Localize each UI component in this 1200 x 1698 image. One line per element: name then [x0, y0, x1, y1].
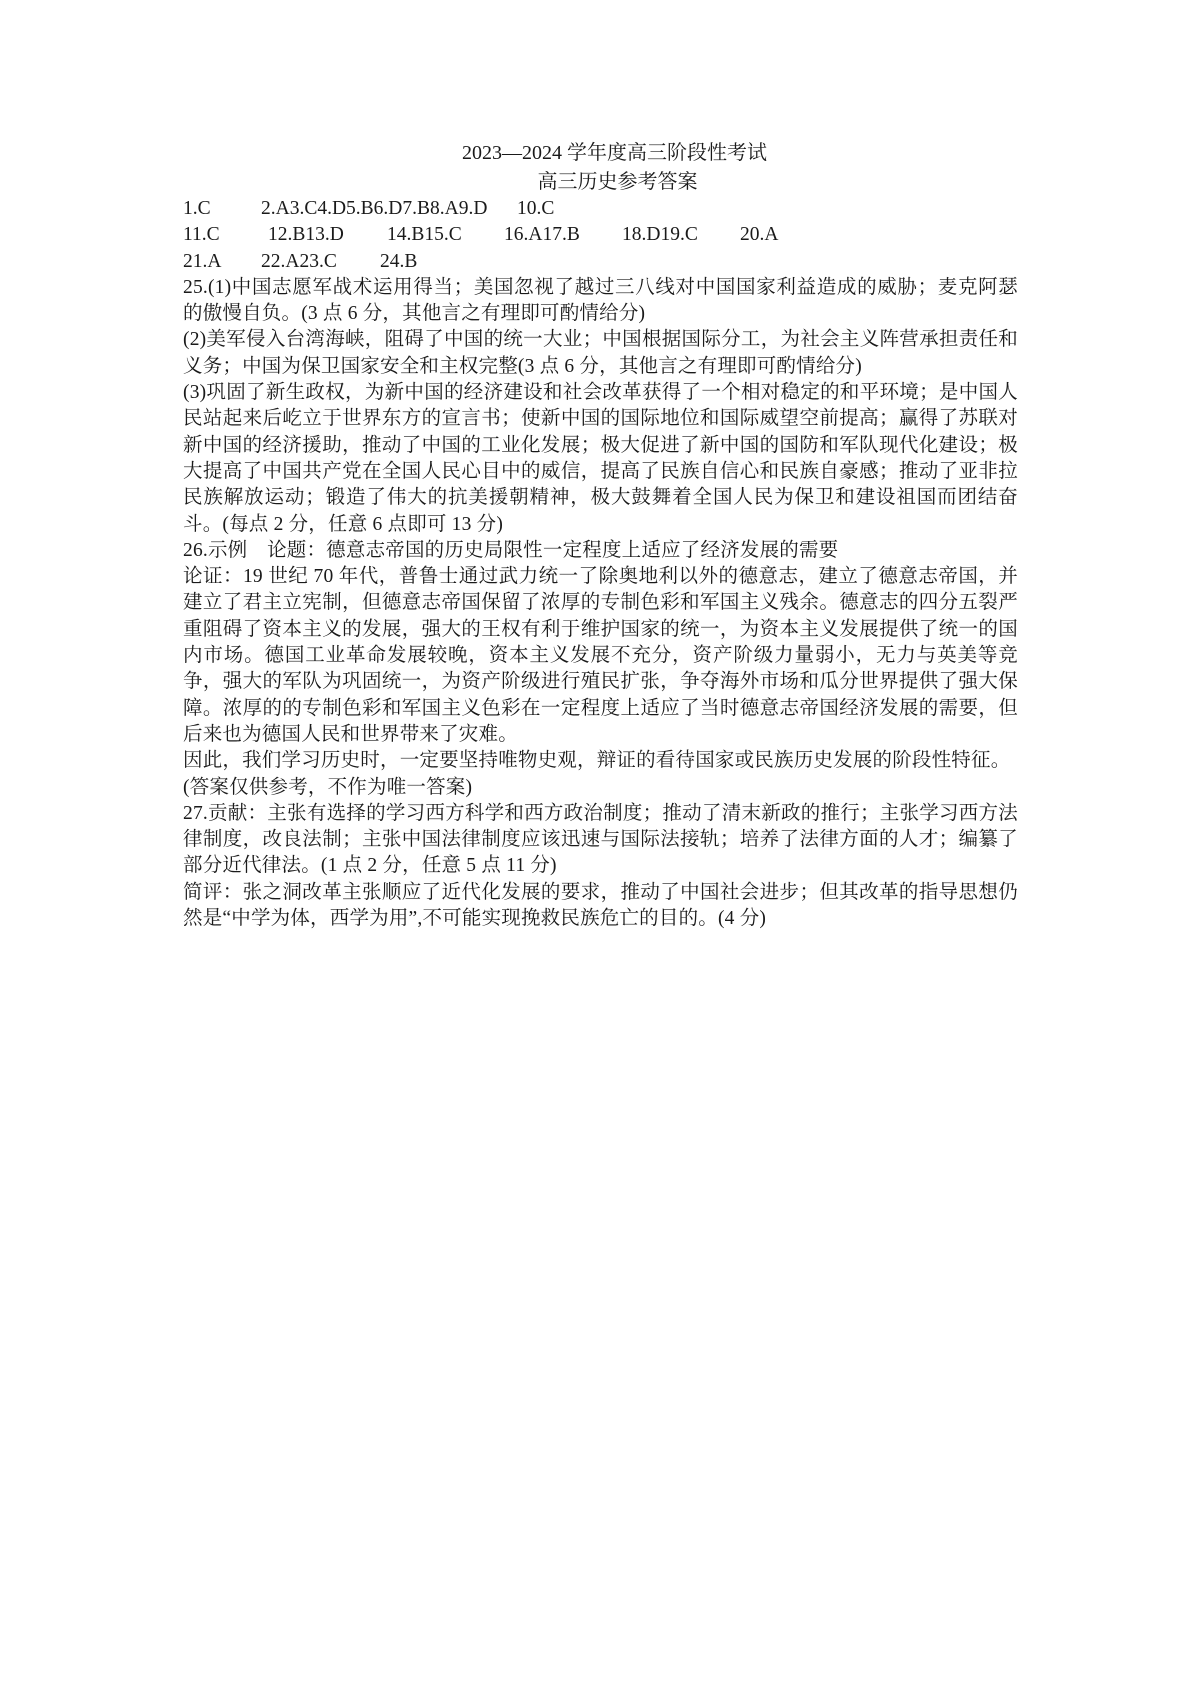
mc-answer: 1.C [183, 196, 261, 222]
q26-topic: 26.示例 论题：德意志帝国的历史局限性一定程度上适应了经济发展的需要 [183, 538, 1018, 564]
q25-part2-answer: (2)美军侵入台湾海峡，阻碍了中国的统一大业；中国根据国际分工，为社会主义阵营承… [183, 327, 1018, 380]
mc-answer: 12.B13.D [268, 222, 387, 248]
mc-answer: 16.A17.B [504, 222, 622, 248]
answer-key-page: 2023—2024 学年度高三阶段性考试 高三历史参考答案 1.C 2.A3.C… [183, 138, 1018, 932]
q27-contribution: 27.贡献：主张有选择的学习西方科学和西方政治制度；推动了清末新政的推行；主张学… [183, 801, 1018, 880]
mc-answer: 18.D19.C [622, 222, 740, 248]
q26-argument: 论证：19 世纪 70 年代，普鲁士通过武力统一了除奥地利以外的德意志，建立了德… [183, 564, 1018, 748]
mc-answer: 2.A3.C4.D5.B6.D7.B8.A9.D [261, 196, 517, 222]
q26-conclusion: 因此，我们学习历史时，一定要坚持唯物史观，辩证的看待国家或民族历史发展的阶段性特… [183, 748, 1018, 774]
q26-note: (答案仅供参考，不作为唯一答案) [183, 775, 1018, 801]
mc-answer: 22.A23.C [261, 249, 380, 275]
mc-answer: 20.A [740, 222, 778, 248]
mc-answers-row-1: 1.C 2.A3.C4.D5.B6.D7.B8.A9.D 10.C [183, 196, 1018, 222]
mc-answer: 14.B15.C [387, 222, 504, 248]
mc-answer: 24.B [380, 249, 417, 275]
q25-part3-answer: (3)巩固了新生政权，为新中国的经济建设和社会改革获得了一个相对稳定的和平环境；… [183, 380, 1018, 538]
mc-answer: 10.C [517, 196, 554, 222]
mc-answers-row-2: 11.C 12.B13.D 14.B15.C 16.A17.B 18.D19.C… [183, 222, 1018, 248]
q25-part1-answer: 25.(1)中国志愿军战术运用得当；美国忽视了越过三八线对中国国家利益造成的威胁… [183, 275, 1018, 328]
mc-answer: 11.C [183, 222, 268, 248]
mc-answer: 21.A [183, 249, 261, 275]
document-subtitle: 高三历史参考答案 [217, 168, 1018, 196]
mc-answers-row-3: 21.A 22.A23.C 24.B [183, 249, 1018, 275]
document-title: 2023—2024 学年度高三阶段性考试 [211, 138, 1018, 168]
q27-comment: 简评：张之洞改革主张顺应了近代化发展的要求，推动了中国社会进步；但其改革的指导思… [183, 880, 1018, 933]
